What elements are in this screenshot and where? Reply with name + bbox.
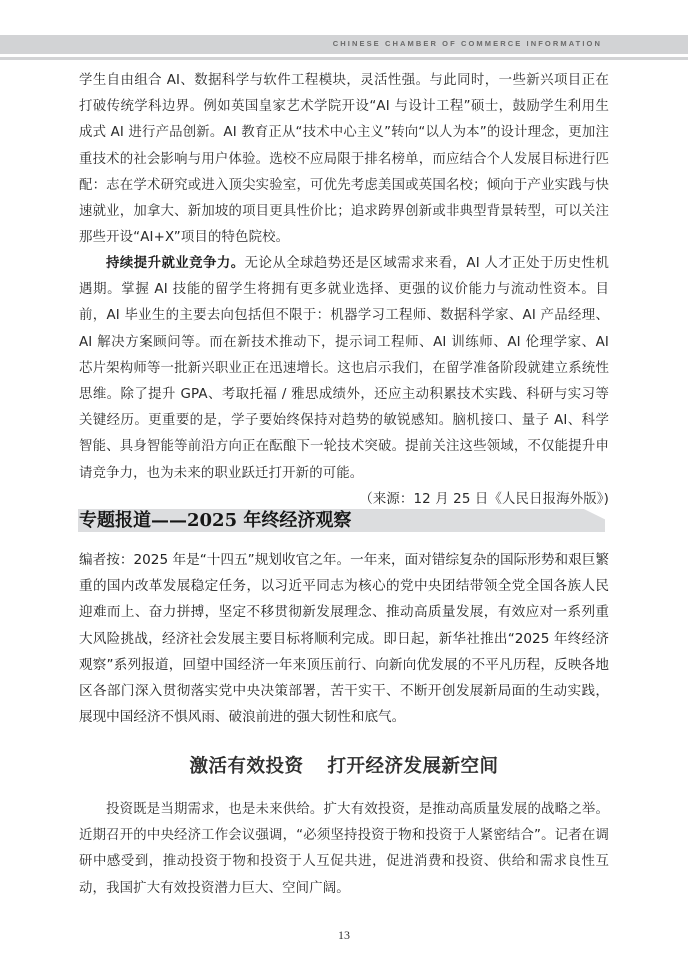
section-title: 专题报道——2025 年终经济观察 (79, 509, 351, 532)
running-header-bar: CHINESE CHAMBER OF COMMERCE INFORMATION (0, 35, 688, 54)
publication-name: CHINESE CHAMBER OF COMMERCE INFORMATION (333, 39, 602, 48)
intro-block: 学生自由组合 AI、数据科学与软件工程模块，灵活性强。与此同时，一些新兴项目正在… (79, 68, 609, 251)
editor-note-block: 编者按：2025 年是“十四五”规划收官之年。一年来，面对错综复杂的国际形势和艰… (79, 547, 609, 730)
section-heading-bar: 专题报道——2025 年终经济观察 (78, 509, 605, 532)
page-number: 13 (0, 928, 688, 943)
employment-text: 无论从全球趋势还是区域需求来看，AI 人才正处于历史性机遇期。掌握 AI 技能的… (79, 256, 609, 481)
header-divider (0, 57, 688, 60)
employment-block: 持续提升就业竞争力。无论从全球趋势还是区域需求来看，AI 人才正处于历史性机遇期… (79, 251, 609, 513)
article-title-part1: 激活有效投资 (189, 756, 303, 777)
article-paragraph: 投资既是当期需求，也是未来供给。扩大有效投资，是推动高质量发展的战略之举。近期召… (79, 797, 609, 902)
intro-paragraph: 学生自由组合 AI、数据科学与软件工程模块，灵活性强。与此同时，一些新兴项目正在… (79, 68, 609, 251)
employment-lead: 持续提升就业竞争力。 (106, 256, 245, 271)
editor-note: 编者按：2025 年是“十四五”规划收官之年。一年来，面对错综复杂的国际形势和艰… (79, 547, 609, 730)
article-body: 投资既是当期需求，也是未来供给。扩大有效投资，是推动高质量发展的战略之举。近期召… (79, 797, 609, 902)
employment-paragraph: 持续提升就业竞争力。无论从全球趋势还是区域需求来看，AI 人才正处于历史性机遇期… (79, 251, 609, 487)
article-title-part2: 打开经济发展新空间 (328, 756, 499, 777)
article-title: 激活有效投资打开经济发展新空间 (0, 752, 688, 778)
